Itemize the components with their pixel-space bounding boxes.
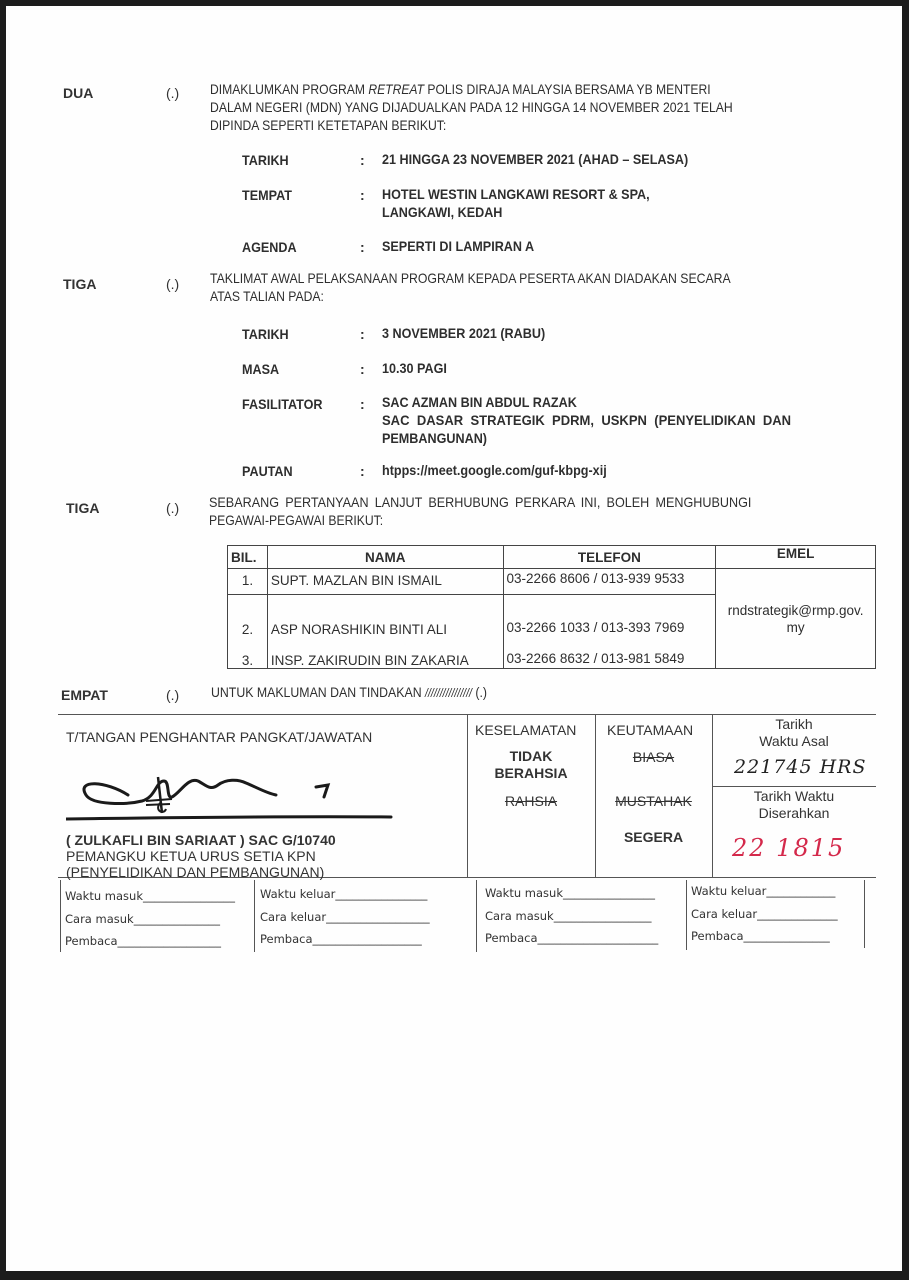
section-tiga-contact-text: SEBARANG PERTANYAAN LANJUT BERHUBUNG PER… <box>209 493 812 529</box>
detail-value-tarikh: 21 HINGGA 23 NOVEMBER 2021 (AHAD – SELAS… <box>382 150 688 168</box>
tarikh-waktu-diserahkan-label: Tarikh Waktu Diserahkan <box>712 788 876 822</box>
divider <box>712 786 876 787</box>
field-label: Waktu masuk <box>485 886 563 900</box>
value-line: SEPERTI DI LAMPIRAN A <box>382 237 534 255</box>
footer-field-group-3: Waktu masuk________________ Cara masuk__… <box>485 882 658 950</box>
table-row: 1. SUPT. MAZLAN BIN ISMAIL 03-2266 8606 … <box>228 569 876 595</box>
section-mark: (.) <box>166 687 179 703</box>
field-cara-masuk[interactable]: Cara masuk_________________ <box>485 905 658 928</box>
cell-nama: SUPT. MAZLAN BIN ISMAIL <box>267 569 503 595</box>
field-cara-keluar[interactable]: Cara keluar______________ <box>691 903 838 926</box>
body-line: PEGAWAI-PEGAWAI BERIKUT: <box>209 511 733 529</box>
section-label-tiga: TIGA <box>63 276 96 292</box>
keutamaan-header: KEUTAMAAN <box>607 722 693 738</box>
cell-telefon: 03-2266 8632 / 013-981 5849 <box>503 641 716 669</box>
field-label: Pembaca <box>691 929 744 943</box>
section-dua-text: DIMAKLUMKAN PROGRAM RETREAT POLIS DIRAJA… <box>210 80 809 134</box>
field-label: Cara keluar <box>260 910 326 924</box>
body-line: ATAS TALIAN PADA: <box>210 287 727 305</box>
text-run: UNTUK MAKLUMAN DAN TINDAKAN <box>211 684 425 700</box>
detail-colon: : <box>360 396 365 412</box>
value-line: PEMBANGUNAN) <box>382 429 778 447</box>
cell-emel[interactable]: rndstrategik@rmp.gov. my <box>716 569 876 669</box>
label-line: Tarikh <box>712 716 876 733</box>
value-line: LANGKAWI, KEDAH <box>382 203 650 221</box>
detail-key: TEMPAT <box>242 187 292 203</box>
detail-value-tempat: HOTEL WESTIN LANGKAWI RESORT & SPA, LANG… <box>382 185 650 221</box>
field-pembaca[interactable]: Pembaca___________________ <box>260 928 430 951</box>
keutamaan-mustahak-struck: MUSTAHAK <box>595 793 712 809</box>
footer-field-group-4: Waktu keluar____________ Cara keluar____… <box>691 880 838 948</box>
field-label: Cara keluar <box>691 907 757 921</box>
signature-block-title: T/TANGAN PENGHANTAR PANGKAT/JAWATAN <box>66 729 372 745</box>
field-cara-masuk[interactable]: Cara masuk_______________ <box>65 908 235 931</box>
detail-key: PAUTAN <box>242 463 293 479</box>
detail-colon: : <box>360 152 365 168</box>
email-line[interactable]: rndstrategik@rmp.gov. <box>719 602 872 619</box>
field-label: Pembaca <box>65 934 118 948</box>
footer-field-group-1: Waktu masuk________________ Cara masuk__… <box>65 885 235 953</box>
keutamaan-selected: SEGERA <box>595 829 712 845</box>
meeting-link[interactable]: htpps://meet.google.com/guf-kbpg-xij <box>382 461 607 479</box>
document-page: DUA (.) DIMAKLUMKAN PROGRAM RETREAT POLI… <box>6 6 902 1271</box>
detail-colon: : <box>360 187 365 203</box>
keselamatan-selected: TIDAK BERAHSIA <box>467 748 595 782</box>
cell-bil: 2. <box>228 595 268 641</box>
label-line: Tarikh Waktu <box>712 788 876 805</box>
field-waktu-keluar[interactable]: Waktu keluar________________ <box>260 883 430 906</box>
table-header-row: BIL. NAMA TELEFON EMEL <box>228 546 876 569</box>
body-line: TAKLIMAT AWAL PELAKSANAAN PROGRAM KEPADA… <box>210 269 731 287</box>
value-line: SAC DASAR STRATEGIK PDRM, USKPN (PENYELI… <box>382 411 791 429</box>
section-tiga-text: TAKLIMAT AWAL PELAKSANAAN PROGRAM KEPADA… <box>210 269 804 305</box>
header-emel: EMEL <box>716 546 876 569</box>
body-line: DALAM NEGERI (MDN) YANG DIJADUALKAN PADA… <box>210 98 733 116</box>
field-label: Pembaca <box>485 931 538 945</box>
cell-telefon: 03-2266 1033 / 013-393 7969 <box>503 595 716 641</box>
field-label: Cara masuk <box>485 909 554 923</box>
keselamatan-header: KESELAMATAN <box>475 722 576 738</box>
italic-term: RETREAT <box>368 81 424 97</box>
signer-name: ( ZULKAFLI BIN SARIAAT ) SAC G/10740 <box>66 832 336 848</box>
body-line: DIPINDA SEPERTI KETETAPAN BERIKUT: <box>210 116 731 134</box>
label-line: Diserahkan <box>712 805 876 822</box>
section-mark: (.) <box>166 85 179 101</box>
field-label: Waktu keluar <box>260 887 335 901</box>
divider <box>864 880 865 948</box>
cell-nama: INSP. ZAKIRUDIN BIN ZAKARIA <box>267 641 503 669</box>
field-label: Waktu masuk <box>65 889 143 903</box>
value-line: HOTEL WESTIN LANGKAWI RESORT & SPA, <box>382 185 650 203</box>
cell-telefon: 03-2266 8606 / 013-939 9533 <box>503 569 716 595</box>
field-pembaca[interactable]: Pembaca_____________________ <box>485 927 658 950</box>
field-label: Waktu keluar <box>691 884 766 898</box>
header-telefon: TELEFON <box>503 546 716 569</box>
detail-value-tarikh: 3 NOVEMBER 2021 (RABU) <box>382 324 545 342</box>
signer-department: (PENYELIDIKAN DAN PEMBANGUNAN) <box>66 864 324 880</box>
text-run: POLIS DIRAJA MALAYSIA BERSAMA YB MENTERI <box>424 81 711 97</box>
slash-fill: //////////////// <box>425 686 472 700</box>
value-line: 21 HINGGA 23 NOVEMBER 2021 (AHAD – SELAS… <box>382 150 688 168</box>
field-label: Pembaca <box>260 932 313 946</box>
field-label: Cara masuk <box>65 912 134 926</box>
detail-key: FASILITATOR <box>242 396 323 412</box>
value-line[interactable]: htpps://meet.google.com/guf-kbpg-xij <box>382 461 607 479</box>
footer-field-group-2: Waktu keluar________________ Cara keluar… <box>260 883 430 951</box>
field-waktu-masuk[interactable]: Waktu masuk________________ <box>485 882 658 905</box>
cell-nama: ASP NORASHIKIN BINTI ALI <box>267 595 503 641</box>
detail-value-fasilitator: SAC AZMAN BIN ABDUL RAZAK SAC DASAR STRA… <box>382 393 822 447</box>
text-run: DIMAKLUMKAN PROGRAM <box>210 81 368 97</box>
field-pembaca[interactable]: Pembaca_______________ <box>691 925 838 948</box>
detail-key: TARIKH <box>242 152 289 168</box>
value-line: SAC AZMAN BIN ABDUL RAZAK <box>382 393 778 411</box>
body-line: DIMAKLUMKAN PROGRAM RETREAT POLIS DIRAJA… <box>210 80 729 98</box>
detail-value-masa: 10.30 PAGI <box>382 359 447 377</box>
body-line: SEBARANG PERTANYAAN LANJUT BERHUBUNG PER… <box>209 493 751 511</box>
email-line[interactable]: my <box>719 619 872 636</box>
detail-colon: : <box>360 361 365 377</box>
section-mark: (.) <box>166 276 179 292</box>
section-label-dua: DUA <box>63 85 93 101</box>
tarikh-waktu-diserahkan-value: 22 1815 <box>732 834 845 862</box>
detail-key: TARIKH <box>242 326 289 342</box>
section-label-empat: EMPAT <box>61 687 108 703</box>
field-cara-keluar[interactable]: Cara keluar__________________ <box>260 906 430 929</box>
value-line: 3 NOVEMBER 2021 (RABU) <box>382 324 545 342</box>
selected-line: TIDAK <box>467 748 595 765</box>
section-empat-text: UNTUK MAKLUMAN DAN TINDAKAN ////////////… <box>211 683 525 702</box>
signature-icon <box>66 761 396 826</box>
tarikh-waktu-asal-label: Tarikh Waktu Asal <box>712 716 876 750</box>
contacts-table: BIL. NAMA TELEFON EMEL 1. SUPT. MAZLAN B… <box>227 545 876 669</box>
body-line: UNTUK MAKLUMAN DAN TINDAKAN ////////////… <box>211 683 487 702</box>
section-label-tiga: TIGA <box>66 500 99 516</box>
header-nama: NAMA <box>267 546 503 569</box>
field-waktu-keluar[interactable]: Waktu keluar____________ <box>691 880 838 903</box>
tarikh-waktu-asal-value: 221745 HRS <box>734 756 866 778</box>
section-mark: (.) <box>166 500 179 516</box>
header-bil: BIL. <box>228 546 268 569</box>
label-line: Waktu Asal <box>712 733 876 750</box>
cell-bil: 3. <box>228 641 268 669</box>
divider <box>686 880 687 950</box>
detail-colon: : <box>360 326 365 342</box>
detail-colon: : <box>360 463 365 479</box>
field-pembaca[interactable]: Pembaca__________________ <box>65 930 235 953</box>
keutamaan-biasa-struck: BIASA <box>595 749 712 765</box>
detail-key: MASA <box>242 361 279 377</box>
detail-value-agenda: SEPERTI DI LAMPIRAN A <box>382 237 534 255</box>
detail-key: AGENDA <box>242 239 297 255</box>
divider <box>60 880 61 952</box>
selected-line: BERAHSIA <box>467 765 595 782</box>
text-run: (.) <box>472 684 487 700</box>
signer-position: PEMANGKU KETUA URUS SETIA KPN <box>66 848 316 864</box>
detail-colon: : <box>360 239 365 255</box>
field-waktu-masuk[interactable]: Waktu masuk________________ <box>65 885 235 908</box>
keselamatan-rahsia-struck: RAHSIA <box>467 793 595 809</box>
divider <box>476 880 477 952</box>
cell-bil: 1. <box>228 569 268 595</box>
divider <box>254 880 255 952</box>
value-line: 10.30 PAGI <box>382 359 447 377</box>
